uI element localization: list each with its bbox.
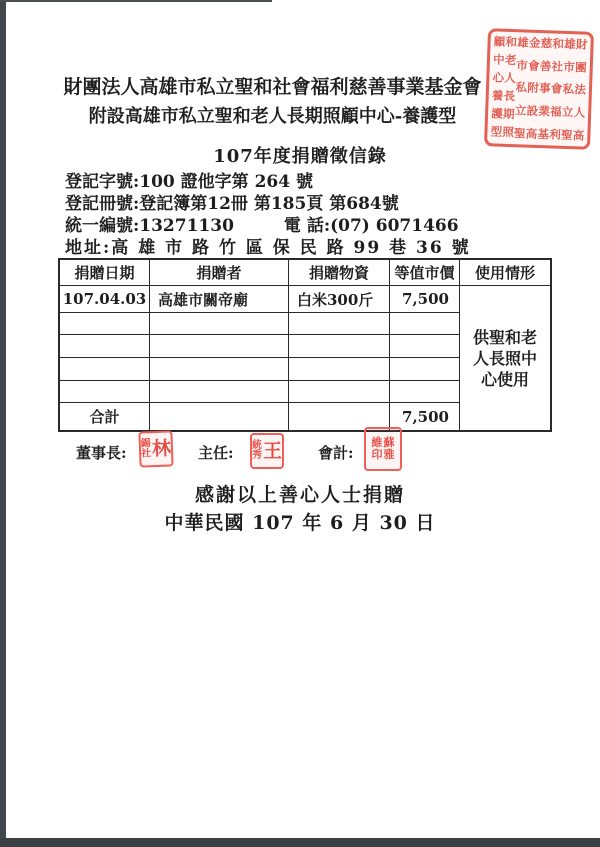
table-row-donor: [150, 381, 289, 403]
director-label: 主任:: [198, 442, 234, 463]
date-line: 中華民國 107 年 6 月 30 日: [0, 508, 600, 535]
address-line: 地址:高 雄 市 路 竹 區 保 民 路 99 巷 36 號: [65, 237, 471, 259]
table-row-value: [390, 313, 460, 335]
registration-block: 登記字號:100 證他字第 264 號 登記冊號:登記簿第12冊 第185頁 第…: [65, 171, 471, 259]
chairman-name-seal: 林 錫社: [138, 430, 173, 467]
total-value-cell: 7,500: [390, 403, 460, 430]
accountant-name-seal: 蘇雅 維印: [364, 427, 402, 471]
chairman-seal-main-char: 林: [152, 439, 172, 459]
total-item-cell: [289, 403, 390, 430]
col-header-donor: 捐贈者: [150, 260, 289, 286]
table-row-value: [390, 358, 460, 381]
table-row-date: [60, 381, 150, 403]
organization-stamp-seal: 財團法人高 雄市私立聖 和社會福利 慈善事業基 金會附設高 雄市私立聖 和老人長…: [484, 28, 594, 150]
col-header-value: 等值市價: [390, 260, 460, 286]
table-row-date: 107.04.03: [60, 286, 150, 313]
table-row-donor: [150, 358, 289, 381]
table-row-donor: 高雄市關帝廟: [150, 286, 289, 313]
donation-table: 捐贈日期 捐贈者 捐贈物資 等值市價 使用情形 107.04.03 高雄市關帝廟…: [58, 258, 552, 432]
table-row-date: [60, 313, 150, 335]
signature-row: 董事長: 林 錫社 主任: 王 統秀 會計: 蘇雅 維印: [0, 427, 600, 479]
col-header-usage: 使用情形: [460, 260, 550, 286]
table-row-item: [289, 358, 390, 381]
col-header-date: 捐贈日期: [60, 260, 150, 286]
director-seal-main-char: 王: [263, 442, 282, 461]
table-row-donor: [150, 313, 289, 335]
phone-number: 電 話:(07) 6071466: [284, 216, 459, 236]
table-row-value: [390, 335, 460, 358]
total-donor-cell: [150, 403, 289, 430]
table-row-item: [289, 335, 390, 358]
table-row-value: 7,500: [390, 286, 460, 313]
usage-note-cell: 供聖和老人長照中心使用: [460, 286, 550, 430]
scan-edge-bottom: [0, 838, 600, 847]
scanned-donation-document: { "header": { "org_line1": "財團法人高雄市私立聖和社…: [0, 0, 600, 847]
director-name-seal: 王 統秀: [250, 433, 284, 469]
chairman-label: 董事長:: [76, 442, 127, 463]
tax-id: 統一編號:13271130: [65, 216, 234, 236]
thanks-line: 感謝以上善心人士捐贈: [0, 480, 600, 507]
total-label-cell: 合計: [60, 403, 150, 430]
usage-note-text: 供聖和老人長照中心使用: [469, 327, 541, 390]
org-name-line2: 附設高雄市私立聖和老人長期照顧中心-養護型: [0, 102, 545, 128]
registration-number: 登記字號:100 證他字第 264 號: [65, 171, 471, 193]
table-row-item: [289, 381, 390, 403]
org-seal-column: 財團法人高: [572, 39, 587, 141]
accountant-seal-left-chars: 維印: [372, 437, 383, 461]
org-name-line1: 財團法人高雄市私立聖和社會福利慈善事業基金會: [0, 72, 545, 99]
table-row-value: [390, 381, 460, 403]
accountant-label: 會計:: [318, 442, 354, 463]
table-row-date: [60, 358, 150, 381]
accountant-seal-right-chars: 蘇雅: [384, 437, 395, 461]
director-seal-side-chars: 統秀: [252, 441, 262, 462]
scan-edge-top: [0, 0, 272, 2]
registration-book-number: 登記冊號:登記簿第12冊 第185頁 第684號: [65, 193, 471, 215]
chairman-seal-side-chars: 錫社: [141, 439, 152, 460]
table-row-item: [289, 313, 390, 335]
col-header-item: 捐贈物資: [289, 260, 390, 286]
tax-id-phone-line: 統一編號:13271130電 話:(07) 6071466: [65, 215, 471, 237]
table-row-item: 白米300斤: [289, 286, 390, 313]
table-row-date: [60, 335, 150, 358]
table-row-donor: [150, 335, 289, 358]
